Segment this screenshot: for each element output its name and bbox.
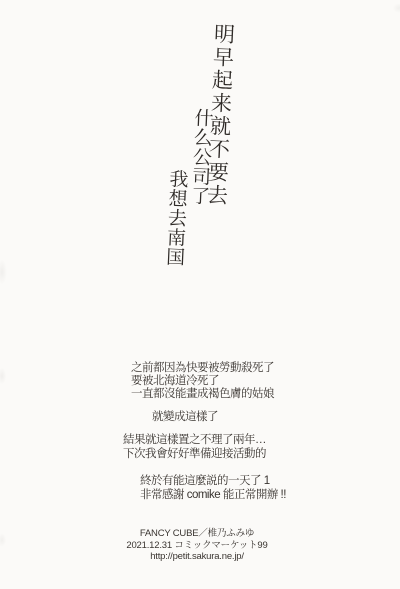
afterword-line: 結果就這樣置之不理了兩年… [123,433,266,447]
afterword-page: 明早起来就不要去 什么公司了 我想去南国 之前都因為快要被勞動殺死了 要被北海道… [0,0,400,589]
afterword-paragraph-1: 之前都因為快要被勞動殺死了 要被北海道冷死了 一直都沒能畫成褐色膚的姑娘 [131,362,274,401]
colophon-circle-credit: FANCY CUBE／椎乃ふみゆ [0,528,397,540]
afterword-line: 要被北海道冷死了 [131,375,274,388]
afterword-paragraph-4: 終於有能這麼説的一天了 1 非常感謝 comike 能正常開辦 !! [140,475,286,502]
colophon-event-date: 2021.12.31 コミックマーケット99 [0,540,397,552]
afterword-line: 之前都因為快要被勞動殺死了 [131,362,274,375]
afterword-line: 就變成這樣了 [152,411,218,424]
vertical-quote-line-3: 我想去南国 [160,168,191,267]
afterword-line: 非常感謝 comike 能正常開辦 !! [140,489,286,503]
afterword-line: 一直都沒能畫成褐色膚的姑娘 [131,388,274,401]
afterword-line: 下次我會好好準備迎接活動的 [123,447,266,461]
colophon-url: http://petit.sakura.ne.jp/ [0,551,397,563]
afterword-paragraph-3: 結果就這樣置之不理了兩年… 下次我會好好準備迎接活動的 [123,433,266,461]
colophon: FANCY CUBE／椎乃ふみゆ 2021.12.31 コミックマーケット99 … [0,528,397,563]
afterword-paragraph-2: 就變成這樣了 [152,411,218,424]
afterword-line: 終於有能這麼説的一天了 1 [140,475,286,489]
